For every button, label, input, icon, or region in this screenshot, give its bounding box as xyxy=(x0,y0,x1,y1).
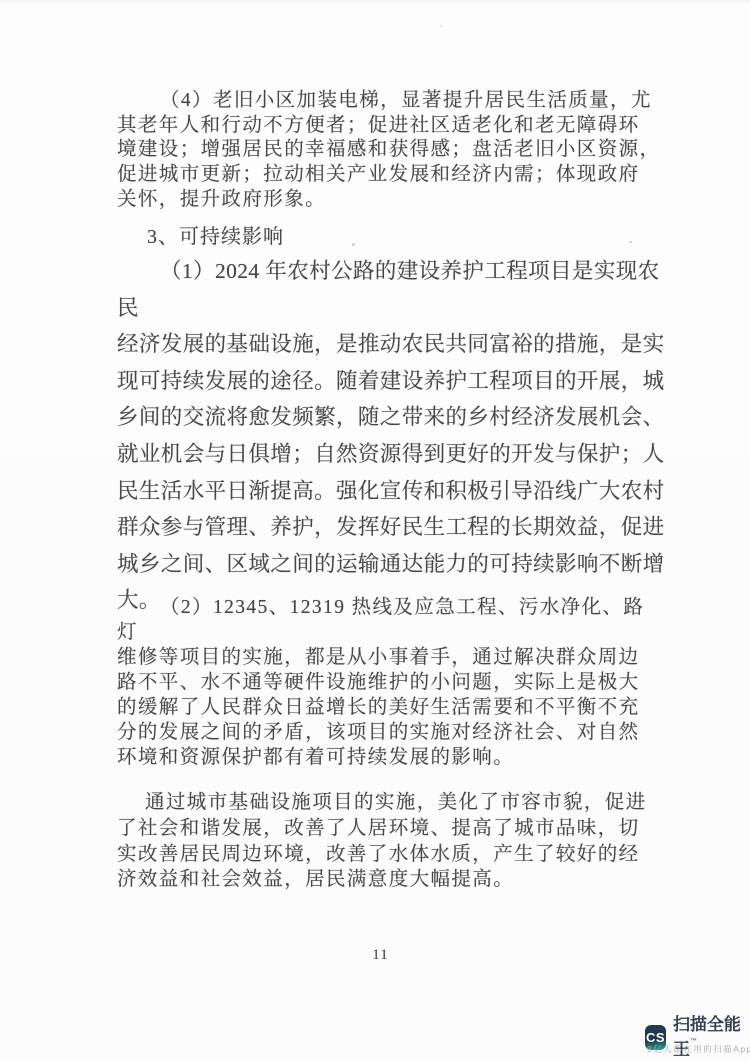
section-heading-sustainable-impact: 3、可持续影响 xyxy=(117,225,665,250)
scan-speck xyxy=(352,243,355,246)
paragraph-urban-infrastructure: 通过城市基础设施项目的实施，美化了市容市貌，促进 了社会和谐发展，改善了人居环境… xyxy=(117,790,665,893)
scanned-document-page: （4）老旧小区加装电梯，显著提升居民生活质量，尤 其老年人和行动不方便者；促进社… xyxy=(0,0,750,1061)
camscanner-tagline: 3亿人都在用的扫描App xyxy=(647,1043,750,1055)
paragraph-hotline-projects: （2）12345、12319 热线及应急工程、污水净化、路灯 维修等项目的实施，… xyxy=(117,595,665,770)
page-number: 11 xyxy=(117,947,644,964)
paragraph-elevator-benefits: （4）老旧小区加装电梯，显著提升居民生活质量，尤 其老年人和行动不方便者；促进社… xyxy=(117,89,665,213)
scan-speck xyxy=(440,25,442,27)
paragraph-rural-road-project: （1）2024 年农村公路的建设养护工程项目是实现农民 经济发展的基础设施，是推… xyxy=(117,253,665,619)
scan-speck xyxy=(629,241,632,243)
